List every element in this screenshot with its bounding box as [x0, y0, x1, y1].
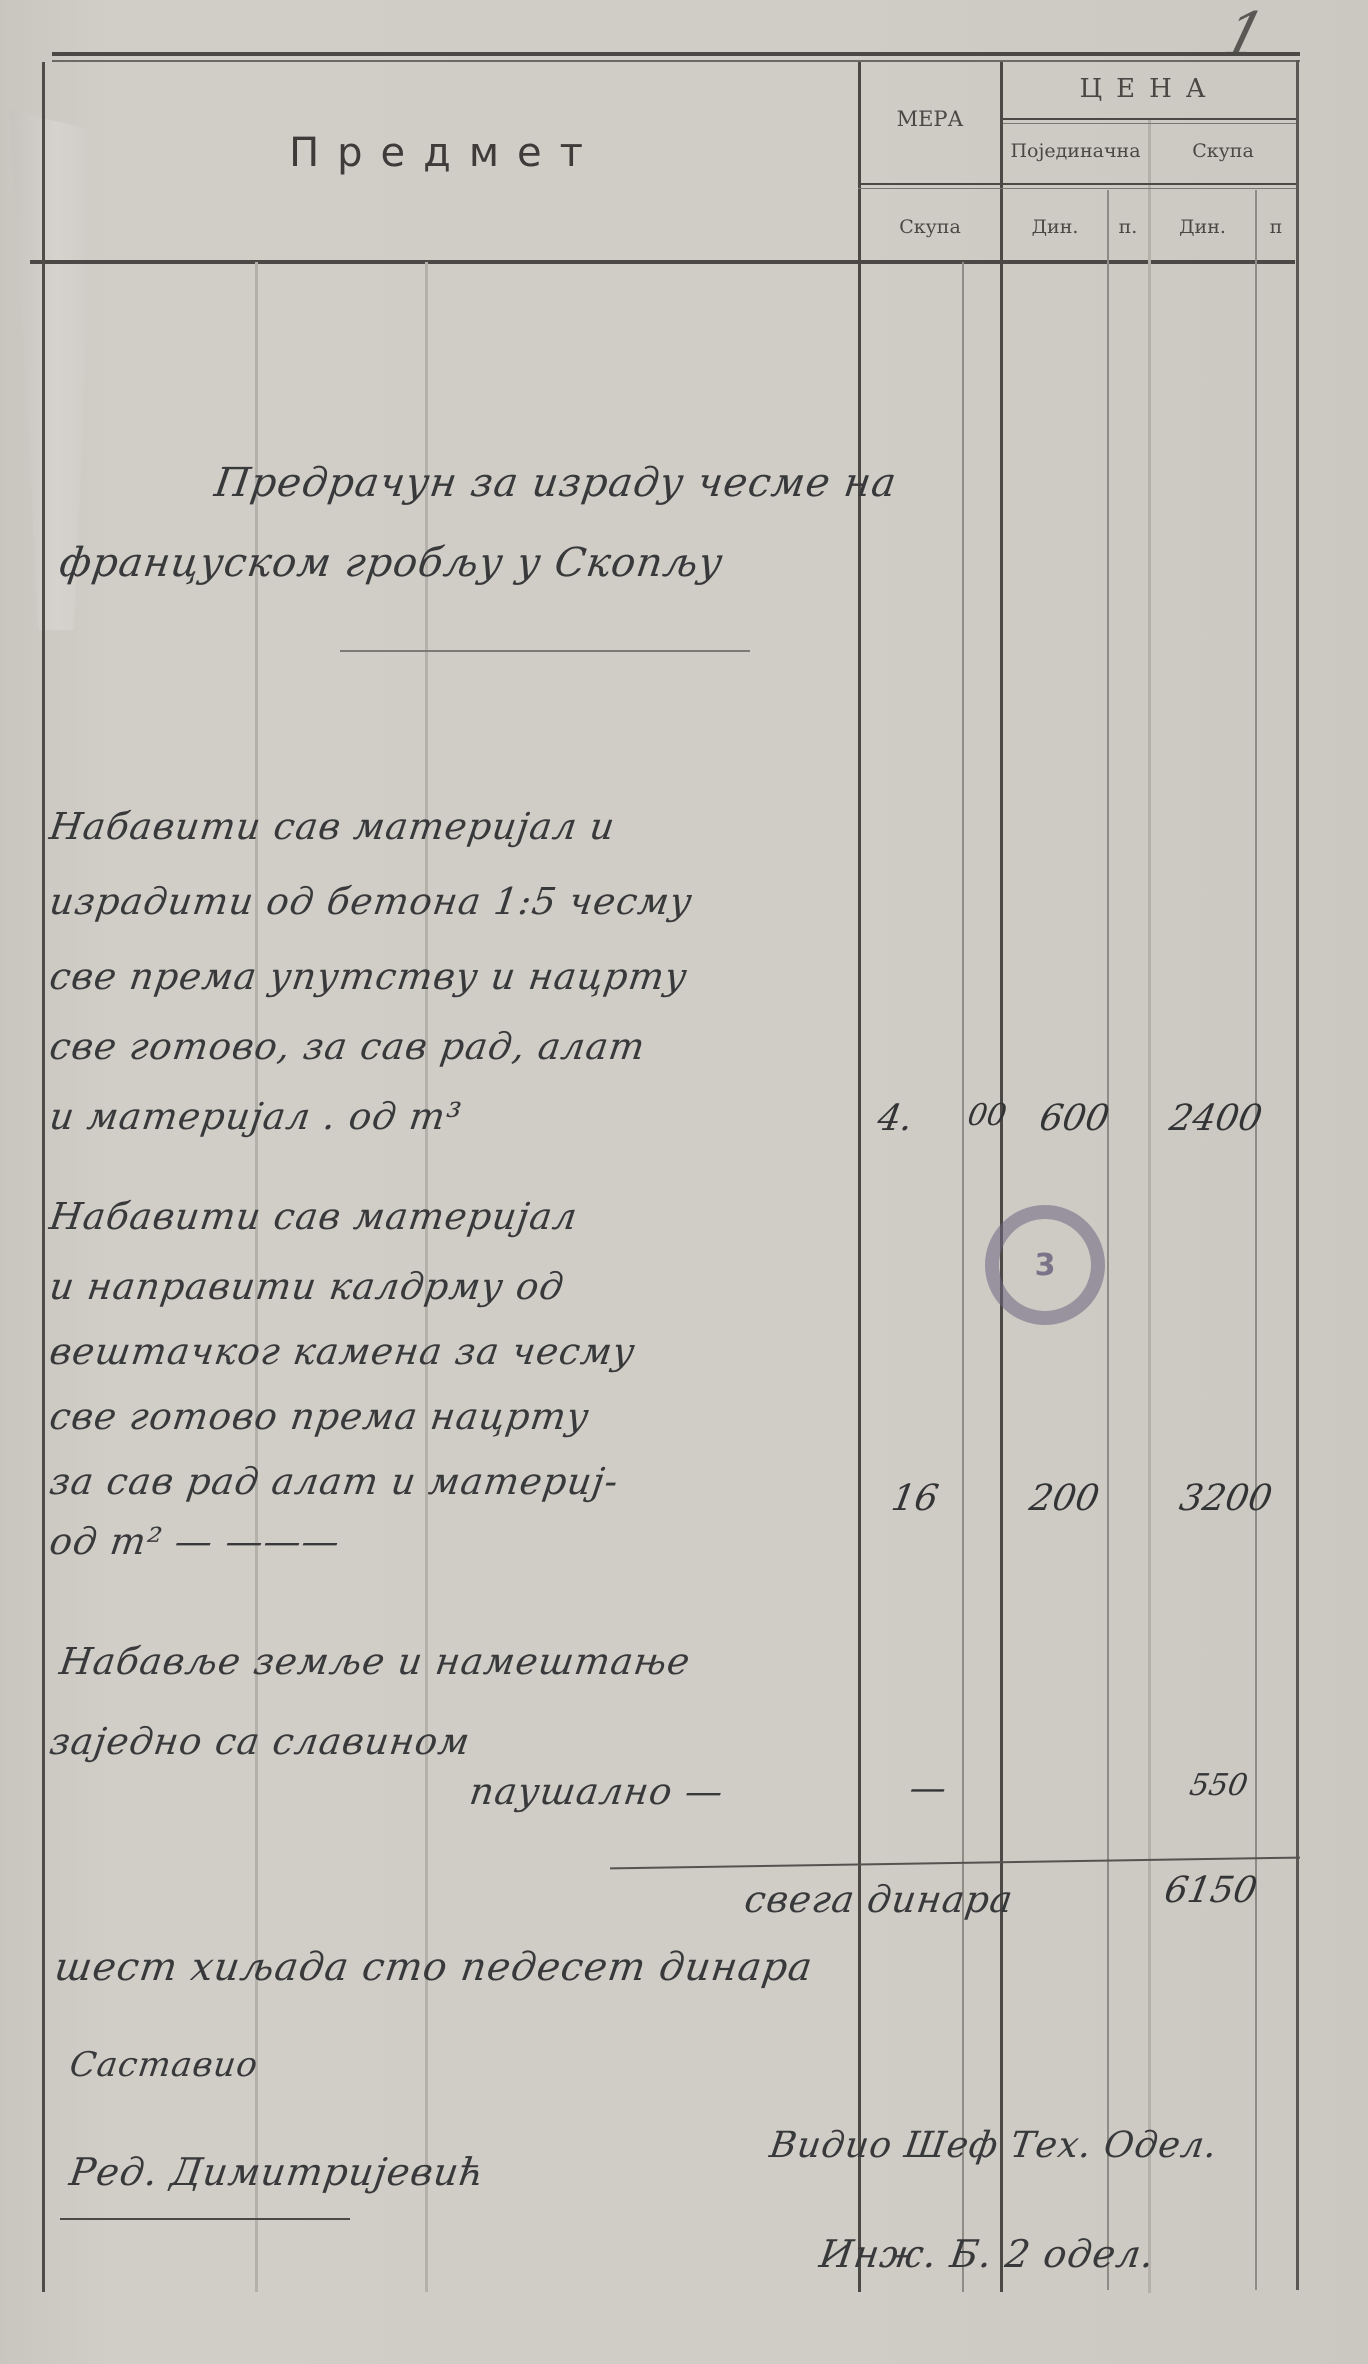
item-3-total: 550 — [1187, 1768, 1250, 1803]
item-2-line: за сав рад алат и материј- — [47, 1460, 621, 1503]
header-top-rule — [52, 52, 1300, 56]
composed-label: Саставио — [67, 2045, 261, 2085]
unit-para-header: п. — [1109, 216, 1147, 238]
archive-stamp: 3 — [985, 1205, 1105, 1325]
measure-header: МЕРА — [860, 107, 1000, 131]
estimate-title-line2: француском гробљу у Скопљу — [57, 540, 726, 586]
item-3-line: Набавље земље и намештање — [57, 1640, 693, 1683]
item-2-total: 3200 — [1176, 1478, 1275, 1519]
sum-value: 6150 — [1161, 1870, 1260, 1911]
total-para-col — [1255, 190, 1257, 2290]
price-sub-rule-2 — [1003, 123, 1296, 124]
unit-para-col — [1107, 190, 1109, 2290]
item-2-line: и направити калдрму од — [47, 1265, 567, 1308]
item-2-line: вештачког камена за чесму — [47, 1330, 638, 1373]
item-1-line: све према упутству и нацрту — [47, 955, 690, 998]
item-3-line: паушално — — [467, 1770, 726, 1813]
item-1-line: израдити од бетона 1:5 чесму — [47, 880, 695, 923]
unit-total-split — [1148, 118, 1151, 2293]
sum-in-words: шест хиљада сто педесет динара — [52, 1945, 816, 1990]
estimate-title-line1: Предрачун за израду чесме на — [212, 460, 900, 506]
item-1-quantity: 4. — [874, 1098, 916, 1139]
total-price-header: Скупа — [1150, 140, 1296, 162]
measure-sub-header: Скупа — [860, 216, 1000, 238]
signature-underline — [60, 2218, 350, 2220]
item-2-line: све готово према нацрту — [47, 1395, 592, 1438]
header-top-rule-thin — [52, 60, 1300, 62]
item-1-total: 2400 — [1166, 1098, 1265, 1139]
item-2-unit-price: 200 — [1026, 1478, 1102, 1519]
stamp-number: 3 — [1035, 1248, 1056, 1283]
item-2-line: Набавити сав материјал — [47, 1195, 580, 1238]
price-header: ЦЕНА — [1003, 74, 1296, 104]
document-page: 1 Предмет МЕРА Скупа ЦЕНА Појединачна Ск… — [0, 0, 1368, 2364]
measure-sub-col — [962, 262, 964, 2292]
item-1-line: Набавити сав материјал и — [47, 805, 618, 848]
total-din-header: Дин. — [1150, 216, 1255, 238]
reviewed-signature: Видио Шеф Тех. Одел. — [767, 2125, 1220, 2166]
item-3-quantity: — — [906, 1768, 949, 1809]
unit-din-header: Дин. — [1003, 216, 1107, 238]
header-mid-rule — [858, 183, 1296, 185]
subject-header: Предмет — [255, 130, 635, 176]
measure-col-left — [858, 62, 861, 2292]
item-1-line: и материјал . од m³ — [47, 1095, 465, 1138]
sum-label: свега динара — [742, 1878, 1016, 1921]
price-sub-rule — [1003, 118, 1296, 120]
item-3-line: заједно са славином — [47, 1720, 473, 1763]
header-mid-rule-2 — [858, 188, 1296, 189]
item-1-quantity-fraction: 00 — [965, 1098, 1009, 1133]
price-col-left — [1000, 62, 1003, 2292]
sum-rule — [610, 1857, 1300, 1870]
right-border — [1296, 60, 1299, 2290]
total-para-header: п — [1257, 216, 1295, 238]
left-border — [42, 62, 45, 2292]
item-1-line: све готово, за сав рад, алат — [47, 1025, 648, 1068]
title-underline — [340, 650, 750, 652]
unit-price-header: Појединачна — [1003, 140, 1148, 162]
reviewed-title: Инж. Б. 2 одел. — [817, 2232, 1158, 2276]
item-2-quantity: 16 — [888, 1478, 941, 1519]
item-1-unit-price: 600 — [1036, 1098, 1112, 1139]
header-bottom-rule — [30, 260, 1295, 264]
composed-signature: Ред. Димитријевић — [67, 2150, 488, 2194]
item-2-line: од m² — ——— — [47, 1520, 343, 1563]
